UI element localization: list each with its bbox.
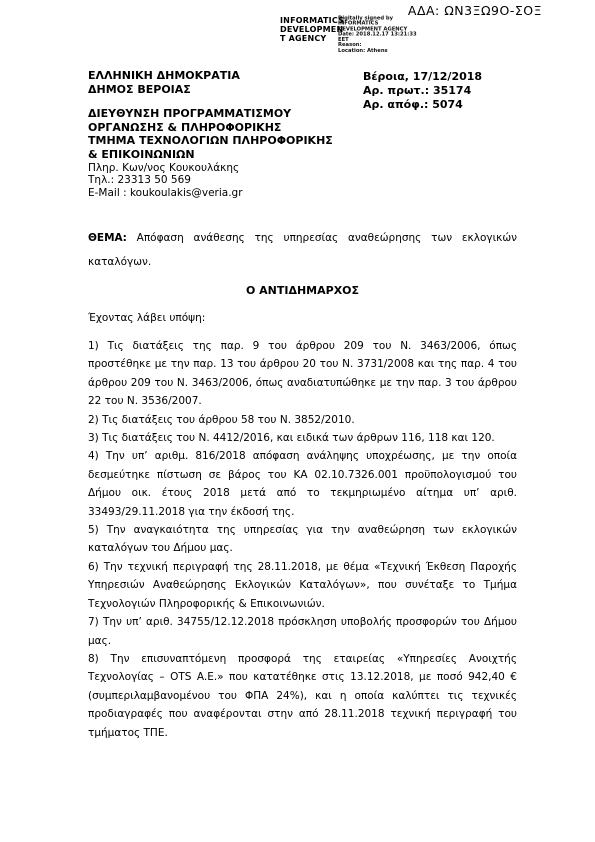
department-line: ΟΡΓΑΝΩΣΗΣ & ΠΛΗΡΟΦΟΡΙΚΗΣ	[88, 121, 333, 135]
state-name: ΕΛΛΗΝΙΚΗ ΔΗΜΟΚΡΑΤΙΑ	[88, 69, 333, 83]
signature-details: Digitally signed by INFORMATICS DEVELOPM…	[338, 16, 417, 54]
protocol-number: Αρ. πρωτ.: 35174	[363, 84, 482, 98]
decision-number: Αρ. απόφ.: 5074	[363, 98, 482, 112]
consideration-item: 4) Την υπ’ αριθμ. 816/2018 απόφαση ανάλη…	[88, 447, 517, 521]
department-line: ΔΙΕΥΘΥΝΣΗ ΠΡΟΓΡΑΜΜΑΤΙΣΜΟΥ	[88, 107, 333, 121]
contact-phone: Τηλ.: 23313 50 569	[88, 174, 333, 186]
subject-label: ΘΕΜΑ:	[88, 232, 127, 244]
contact-block: Πληρ. Κων/νος Κουκουλάκης Τηλ.: 23313 50…	[88, 162, 333, 199]
deputy-mayor-heading: Ο ΑΝΤΙΔΗΜΑΡΧΟΣ	[88, 284, 517, 297]
signing-agency-name: INFORMATICS DEVELOPMEN T AGENCY	[280, 16, 338, 43]
signature-detail-line: Date: 2018.12.17 13:21:33	[338, 32, 417, 37]
document-page: ΑΔΑ: ΩΝ3ΞΩ9Ο-ΣΟΞ INFORMATICS DEVELOPMEN …	[0, 0, 595, 842]
signing-agency-line: INFORMATICS	[280, 16, 338, 25]
protocol-block: Βέροια, 17/12/2018 Αρ. πρωτ.: 35174 Αρ. …	[363, 70, 482, 113]
department-line: ΤΜΗΜΑ ΤΕΧΝΟΛΟΓΙΩΝ ΠΛΗΡΟΦΟΡΙΚΗΣ	[88, 134, 333, 148]
sender-block: ΕΛΛΗΝΙΚΗ ΔΗΜΟΚΡΑΤΙΑ ΔΗΜΟΣ ΒΕΡΟΙΑΣ ΔΙΕΥΘΥ…	[88, 69, 333, 199]
subject-text: Απόφαση ανάθεσης της υπηρεσίας αναθεώρησ…	[88, 232, 517, 268]
consideration-item: 7) Την υπ’ αριθ. 34755/12.12.2018 πρόσκλ…	[88, 613, 517, 650]
consideration-item: 5) Την αναγκαιότητα της υπηρεσίας για τη…	[88, 521, 517, 558]
subject-paragraph: ΘΕΜΑ: Απόφαση ανάθεσης της υπηρεσίας ανα…	[88, 226, 517, 274]
signature-detail-line: Location: Athens	[338, 48, 417, 53]
considerations-list: 1) Τις διατάξεις της παρ. 9 του άρθρου 2…	[88, 337, 517, 742]
place-date: Βέροια, 17/12/2018	[363, 70, 482, 84]
consideration-item: 8) Την επισυναπτόμενη προσφορά της εταιρ…	[88, 650, 517, 742]
department-block: ΔΙΕΥΘΥΝΣΗ ΠΡΟΓΡΑΜΜΑΤΙΣΜΟΥ ΟΡΓΑΝΩΣΗΣ & ΠΛ…	[88, 107, 333, 161]
document-body: ΘΕΜΑ: Απόφαση ανάθεσης της υπηρεσίας ανα…	[88, 226, 517, 742]
consideration-item: 1) Τις διατάξεις της παρ. 9 του άρθρου 2…	[88, 337, 517, 411]
consideration-item: 6) Την τεχνική περιγραφή της 28.11.2018,…	[88, 558, 517, 613]
consideration-item: 2) Τις διατάξεις του άρθρου 58 του Ν. 38…	[88, 411, 517, 429]
department-line: & ΕΠΙΚΟΙΝΩΝΙΩΝ	[88, 148, 333, 162]
contact-person: Πληρ. Κων/νος Κουκουλάκης	[88, 162, 333, 174]
contact-email: E-Mail : koukoulakis@veria.gr	[88, 187, 333, 199]
consideration-item: 3) Τις διατάξεις του Ν. 4412/2016, και ε…	[88, 429, 517, 447]
signing-agency-line: T AGENCY	[280, 34, 338, 43]
municipality-name: ΔΗΜΟΣ ΒΕΡΟΙΑΣ	[88, 83, 333, 97]
preamble-text: Έχοντας λάβει υπόψη:	[88, 312, 517, 324]
signing-agency-line: DEVELOPMEN	[280, 25, 338, 34]
